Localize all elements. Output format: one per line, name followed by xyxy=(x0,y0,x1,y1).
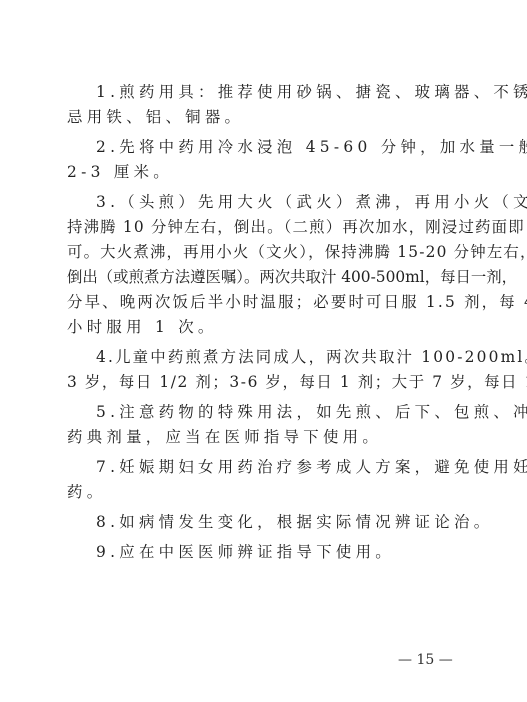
document-page: 1.煎药用具：推荐使用砂锅、搪瓷、玻璃器、不锈钢器具， 忌用铁、铝、铜器。 2.… xyxy=(0,0,527,702)
text-line: 2-3 厘米。 xyxy=(67,160,483,185)
document-body: 1.煎药用具：推荐使用砂锅、搪瓷、玻璃器、不锈钢器具， 忌用铁、铝、铜器。 2.… xyxy=(67,80,483,570)
paragraph-7-pregnancy: 7.妊娠期妇女用药治疗参考成人方案，避免使用妊娠禁忌 药。 xyxy=(67,455,483,505)
text-line: 4.儿童中药煎煮方法同成人，两次共取汁 100-200ml。小于 xyxy=(67,345,483,370)
paragraph-2-soaking: 2.先将中药用冷水浸泡 45-60 分钟，加水量一般超过药面 2-3 厘米。 xyxy=(67,135,483,185)
text-line: 3.（头煎）先用大火（武火）煮沸，再用小火（文火）保 xyxy=(67,190,483,215)
text-line: 7.妊娠期妇女用药治疗参考成人方案，避免使用妊娠禁忌 xyxy=(67,455,483,480)
text-line: 2.先将中药用冷水浸泡 45-60 分钟，加水量一般超过药面 xyxy=(67,135,483,160)
text-line: 药。 xyxy=(67,480,483,505)
text-line: 9.应在中医医师辨证指导下使用。 xyxy=(67,540,483,565)
text-line: 5.注意药物的特殊用法，如先煎、后下、包煎、冲服等.超 xyxy=(67,400,483,425)
text-line: 忌用铁、铝、铜器。 xyxy=(67,105,483,130)
paragraph-9-physician-guidance: 9.应在中医医师辨证指导下使用。 xyxy=(67,540,483,565)
text-line: 药典剂量，应当在医师指导下使用。 xyxy=(67,425,483,450)
text-line: 分早、晚两次饭后半小时温服；必要时可日服 1.5 剂，每 4-6 xyxy=(67,290,483,315)
text-line: 倒出（或煎煮方法遵医嘱）。两次共取汁 400-500ml，每日一剂， xyxy=(67,265,483,290)
paragraph-3-decoction-method: 3.（头煎）先用大火（武火）煮沸，再用小火（文火）保 持沸腾 10 分钟左右，倒… xyxy=(67,190,483,340)
text-line: 持沸腾 10 分钟左右，倒出。（二煎）再次加水，刚浸过药面即 xyxy=(67,215,483,240)
text-line: 小时服用 1 次。 xyxy=(67,315,483,340)
text-line: 3 岁，每日 1/2 剂；3-6 岁，每日 1 剂；大于 7 岁，每日 1.5 … xyxy=(67,370,483,395)
paragraph-5-special-usage: 5.注意药物的特殊用法，如先煎、后下、包煎、冲服等.超 药典剂量，应当在医师指导… xyxy=(67,400,483,450)
text-line: 可。大火煮沸，再用小火（文火），保持沸腾 15-20 分钟左右， xyxy=(67,240,483,265)
paragraph-1-decoction-utensils: 1.煎药用具：推荐使用砂锅、搪瓷、玻璃器、不锈钢器具， 忌用铁、铝、铜器。 xyxy=(67,80,483,130)
paragraph-4-children-dosage: 4.儿童中药煎煮方法同成人，两次共取汁 100-200ml。小于 3 岁，每日 … xyxy=(67,345,483,395)
text-line: 1.煎药用具：推荐使用砂锅、搪瓷、玻璃器、不锈钢器具， xyxy=(67,80,483,105)
page-number: — 15 — xyxy=(398,652,453,668)
paragraph-8-condition-change: 8.如病情发生变化，根据实际情况辨证论治。 xyxy=(67,510,483,535)
text-line: 8.如病情发生变化，根据实际情况辨证论治。 xyxy=(67,510,483,535)
